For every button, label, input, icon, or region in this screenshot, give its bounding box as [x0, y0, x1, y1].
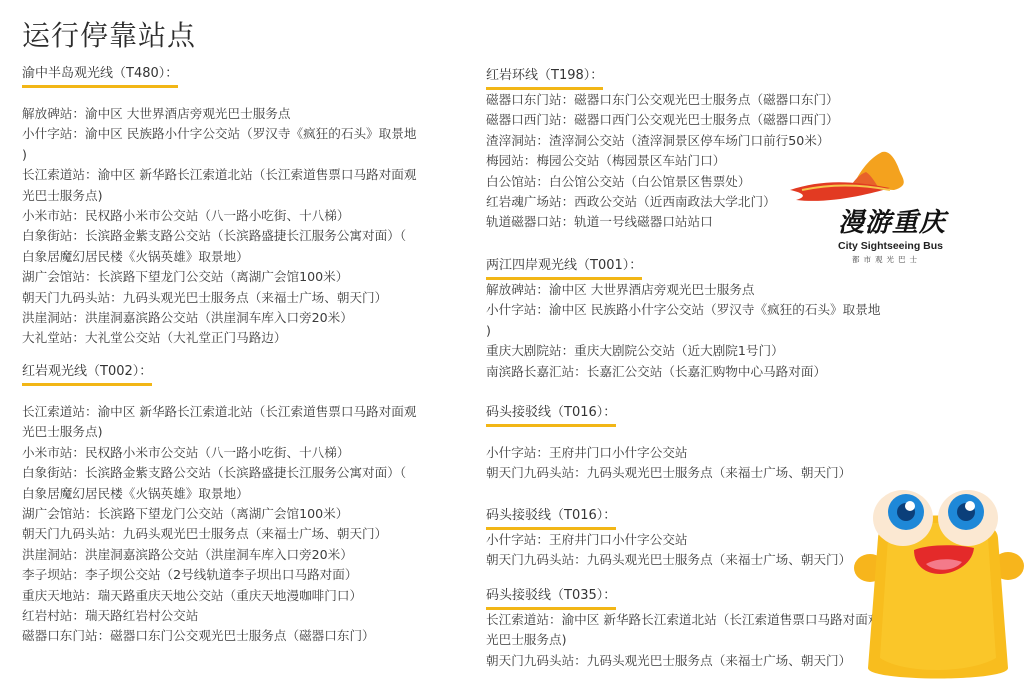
- stop-list: 解放碑站：渝中区 大世界酒店旁观光巴士服务点 小什字站：渝中区 民族路小什字公交…: [486, 280, 886, 382]
- stop-item: 长江索道站：渝中区 新华路长江索道北站（长江索道售票口马路对面观: [486, 610, 886, 630]
- stop-item: 磁器口西门站：磁器口西门公交观光巴士服务点（磁器口西门）: [486, 110, 886, 130]
- city-sightseeing-logo: 漫游重庆 City Sightseeing Bus 都市观光巴士: [790, 150, 970, 275]
- logo-subtitle: 都市观光巴士: [852, 254, 921, 265]
- stop-list: 小什字站：王府井门口小什字公交站 朝天门九码头站：九码头观光巴士服务点（来福士广…: [486, 530, 886, 571]
- stop-item: 朝天门九码头站：九码头观光巴士服务点（来福士广场、朝天门）: [22, 288, 467, 308]
- route-section-t016: 码头接驳线（T016）： 小什字站：王府井门口小什字公交站 朝天门九码头站：九码…: [486, 401, 886, 484]
- route-section-t002: 红岩观光线（T002）： 长江索道站：渝中区 新华路长江索道北站（长江索道售票口…: [22, 360, 467, 647]
- route-title: 码头接驳线（T016）：: [486, 404, 616, 427]
- stop-item: 朝天门九码头站：九码头观光巴士服务点（来福士广场、朝天门）: [486, 550, 886, 570]
- stop-item: 磁器口东门站：磁器口东门公交观光巴士服务点（磁器口东门）: [486, 90, 886, 110]
- stop-item: 湖广会馆站：长滨路下望龙门公交站（离湖广会馆100米）: [22, 504, 467, 524]
- stop-list: 解放碑站：渝中区 大世界酒店旁观光巴士服务点 小什字站：渝中区 民族路小什字公交…: [22, 104, 467, 349]
- stop-item: 解放碑站：渝中区 大世界酒店旁观光巴士服务点: [486, 280, 886, 300]
- stop-item: 渣滓洞站：渣滓洞公交站（渣滓洞景区停车场门口前行50米）: [486, 131, 886, 151]
- stop-item: 大礼堂站：大礼堂公交站（大礼堂正门马路边）: [22, 328, 467, 348]
- stop-item: 朝天门九码头站：九码头观光巴士服务点（来福士广场、朝天门）: [486, 463, 886, 483]
- stop-item: 洪崖洞站：洪崖洞嘉滨路公交站（洪崖洞车库入口旁20米）: [22, 308, 467, 328]
- stop-item: 白象街站：长滨路金紫支路公交站（长滨路盛捷长江服务公寓对面）（: [22, 226, 467, 246]
- stop-item: 湖广会馆站：长滨路下望龙门公交站（离湖广会馆100米）: [22, 267, 467, 287]
- page-title: 运行停靠站点: [22, 14, 196, 54]
- stop-item: ): [22, 145, 467, 165]
- mascot-illustration: [848, 478, 1024, 682]
- stop-item: 小什字站：王府井门口小什字公交站: [486, 443, 886, 463]
- stop-item: 红岩村站：瑞天路红岩村公交站: [22, 606, 467, 626]
- route-title: 码头接驳线（T016）：: [486, 507, 616, 530]
- stop-item: 光巴士服务点): [22, 422, 467, 442]
- stop-list: 长江索道站：渝中区 新华路长江索道北站（长江索道售票口马路对面观 光巴士服务点)…: [22, 402, 467, 647]
- stop-item: 小米市站：民权路小米市公交站（八一路小吃街、十八梯）: [22, 443, 467, 463]
- stop-item: 解放碑站：渝中区 大世界酒店旁观光巴士服务点: [22, 104, 467, 124]
- stop-item: 重庆大剧院站：重庆大剧院公交站（近大剧院1号门）: [486, 341, 886, 361]
- stop-item: 朝天门九码头站：九码头观光巴士服务点（来福士广场、朝天门）: [486, 651, 886, 671]
- route-section-t480: 渝中半岛观光线（T480）： 解放碑站：渝中区 大世界酒店旁观光巴士服务点 小什…: [22, 62, 467, 349]
- logo-title-cn: 漫游重庆: [838, 202, 946, 239]
- stop-item: 重庆天地站：瑞天路重庆天地公交站（重庆天地漫咖啡门口）: [22, 586, 467, 606]
- route-title: 码头接驳线（T035）：: [486, 587, 616, 610]
- logo-title-en: City Sightseeing Bus: [838, 240, 943, 252]
- route-title: 红岩观光线（T002）：: [22, 363, 152, 386]
- stop-item: 朝天门九码头站：九码头观光巴士服务点（来福士广场、朝天门）: [22, 524, 467, 544]
- stop-list: 长江索道站：渝中区 新华路长江索道北站（长江索道售票口马路对面观 光巴士服务点)…: [486, 610, 886, 671]
- route-title: 两江四岸观光线（T001）：: [486, 257, 642, 280]
- stop-item: 李子坝站：李子坝公交站（2号线轨道李子坝出口马路对面）: [22, 565, 467, 585]
- stop-item: 白象街站：长滨路金紫支路公交站（长滨路盛捷长江服务公寓对面）（: [22, 463, 467, 483]
- stop-list: 小什字站：王府井门口小什字公交站 朝天门九码头站：九码头观光巴士服务点（来福士广…: [486, 443, 886, 484]
- stop-item: 小什字站：王府井门口小什字公交站: [486, 530, 886, 550]
- stop-item: 洪崖洞站：洪崖洞嘉滨路公交站（洪崖洞车库入口旁20米）: [22, 545, 467, 565]
- stop-item: 光巴士服务点): [486, 630, 886, 650]
- route-title: 红岩环线（T198）：: [486, 67, 603, 90]
- stop-item: 光巴士服务点): [22, 186, 467, 206]
- stop-item: 小米市站：民权路小米市公交站（八一路小吃街、十八梯）: [22, 206, 467, 226]
- mountain-swoosh-icon: [790, 150, 970, 210]
- route-section-t016-duplicate: 码头接驳线（T016）： 小什字站：王府井门口小什字公交站 朝天门九码头站：九码…: [486, 504, 886, 571]
- stop-item: ): [486, 321, 886, 341]
- stop-item: 南滨路长嘉汇站：长嘉汇公交站（长嘉汇购物中心马路对面）: [486, 362, 886, 382]
- stop-item: 白象居魔幻居民楼《火锅英雄》取景地）: [22, 484, 467, 504]
- route-section-t035: 码头接驳线（T035）： 长江索道站：渝中区 新华路长江索道北站（长江索道售票口…: [486, 584, 886, 671]
- stop-item: 长江索道站：渝中区 新华路长江索道北站（长江索道售票口马路对面观: [22, 165, 467, 185]
- stop-item: 磁器口东门站：磁器口东门公交观光巴士服务点（磁器口东门）: [22, 626, 467, 646]
- stop-item: 小什字站：渝中区 民族路小什字公交站（罗汉寺《疯狂的石头》取景地: [22, 124, 467, 144]
- stop-item: 白象居魔幻居民楼《火锅英雄》取景地）: [22, 247, 467, 267]
- stop-item: 小什字站：渝中区 民族路小什字公交站（罗汉寺《疯狂的石头》取景地: [486, 300, 886, 320]
- route-title: 渝中半岛观光线（T480）：: [22, 65, 178, 88]
- stop-item: 长江索道站：渝中区 新华路长江索道北站（长江索道售票口马路对面观: [22, 402, 467, 422]
